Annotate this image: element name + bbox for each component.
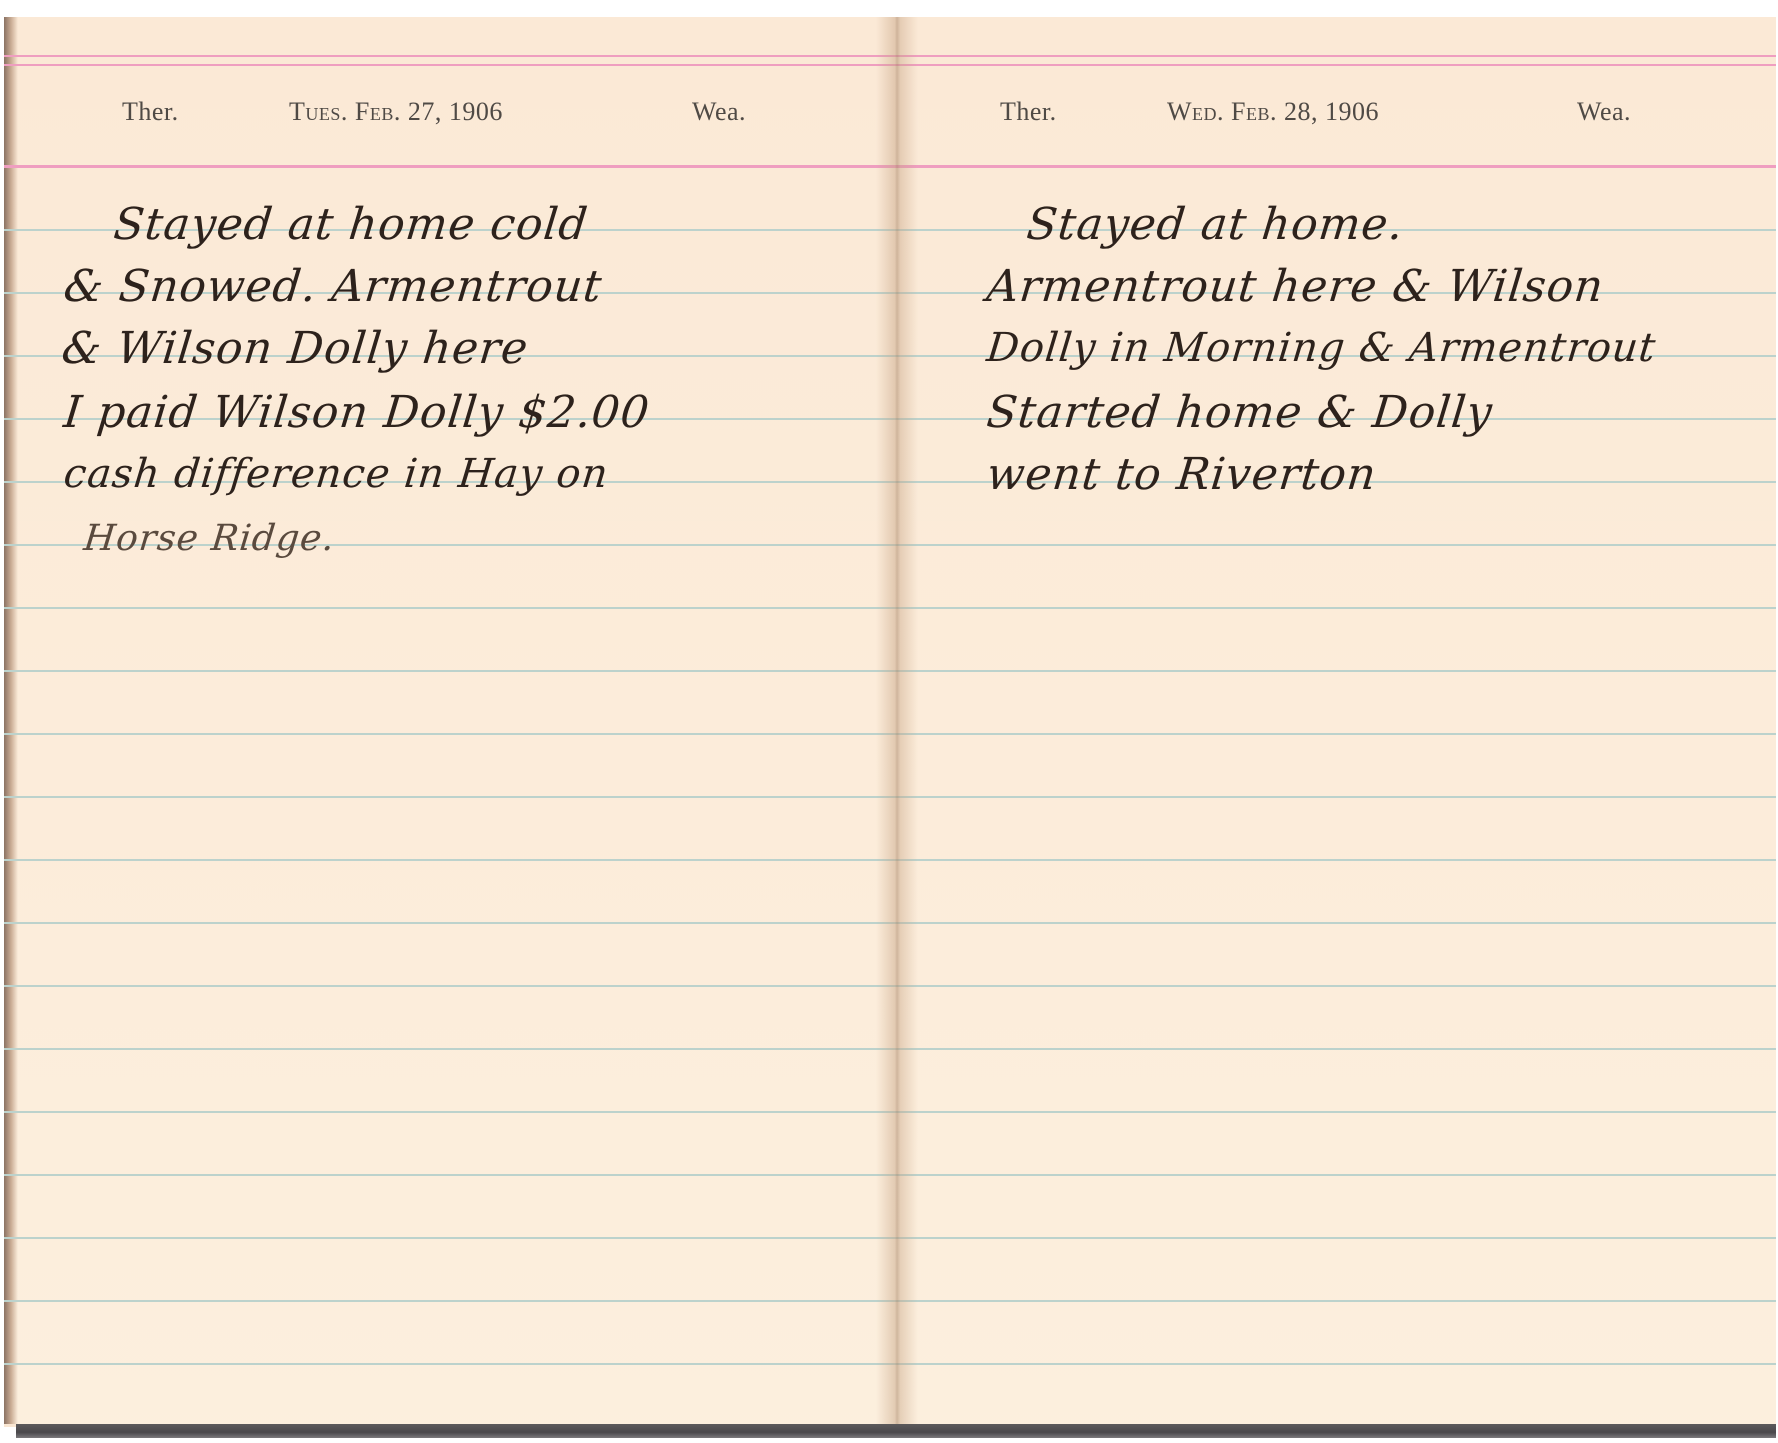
book-gutter bbox=[876, 17, 918, 1424]
entry-line: Started home & Dolly bbox=[984, 381, 1496, 444]
page-header: Ther. Wed. Feb. 28, 1906 Wea. bbox=[897, 97, 1776, 137]
thermometer-label: Ther. bbox=[1000, 97, 1057, 127]
date-month: Feb. bbox=[355, 97, 401, 126]
page-header: Ther. Tues. Feb. 27, 1906 Wea. bbox=[4, 97, 897, 137]
pink-rule-top bbox=[4, 64, 897, 66]
date-day-year: 27, 1906 bbox=[408, 97, 503, 126]
diary-page-left: Ther. Tues. Feb. 27, 1906 Wea. Stayed at… bbox=[4, 17, 897, 1424]
date-weekday: Tues. bbox=[289, 97, 348, 126]
diary-page-right: Ther. Wed. Feb. 28, 1906 Wea. Stayed at … bbox=[897, 17, 1776, 1424]
page-date: Wed. Feb. 28, 1906 bbox=[1167, 97, 1379, 127]
page-date: Tues. Feb. 27, 1906 bbox=[289, 97, 503, 127]
weather-label: Wea. bbox=[1577, 97, 1631, 127]
thermometer-label: Ther. bbox=[122, 97, 179, 127]
weather-label: Wea. bbox=[692, 97, 746, 127]
entry-line: Stayed at home. bbox=[1024, 193, 1407, 256]
pink-rule-top bbox=[897, 55, 1776, 57]
date-month: Feb. bbox=[1231, 97, 1277, 126]
entry-line: went to Riverton bbox=[984, 443, 1380, 506]
entry-line: & Snowed. Armentrout bbox=[61, 255, 606, 318]
book-cover-edge bbox=[16, 1424, 1776, 1438]
entry-line: Stayed at home cold bbox=[111, 193, 592, 256]
date-weekday: Wed. bbox=[1167, 97, 1224, 126]
entry-line: Dolly in Morning & Armentrout bbox=[984, 317, 1660, 380]
pink-rule-top bbox=[897, 64, 1776, 66]
date-day-year: 28, 1906 bbox=[1284, 97, 1379, 126]
entry-line: Horse Ridge. bbox=[81, 507, 339, 570]
entry-line: cash difference in Hay on bbox=[61, 443, 612, 506]
entry-line: Armentrout here & Wilson bbox=[984, 255, 1607, 318]
diary-book: Ther. Tues. Feb. 27, 1906 Wea. Stayed at… bbox=[4, 17, 1776, 1427]
pink-rule-top bbox=[4, 55, 897, 57]
entry-line: & Wilson Dolly here bbox=[59, 317, 532, 380]
entry-line: I paid Wilson Dolly $2.00 bbox=[61, 381, 653, 444]
